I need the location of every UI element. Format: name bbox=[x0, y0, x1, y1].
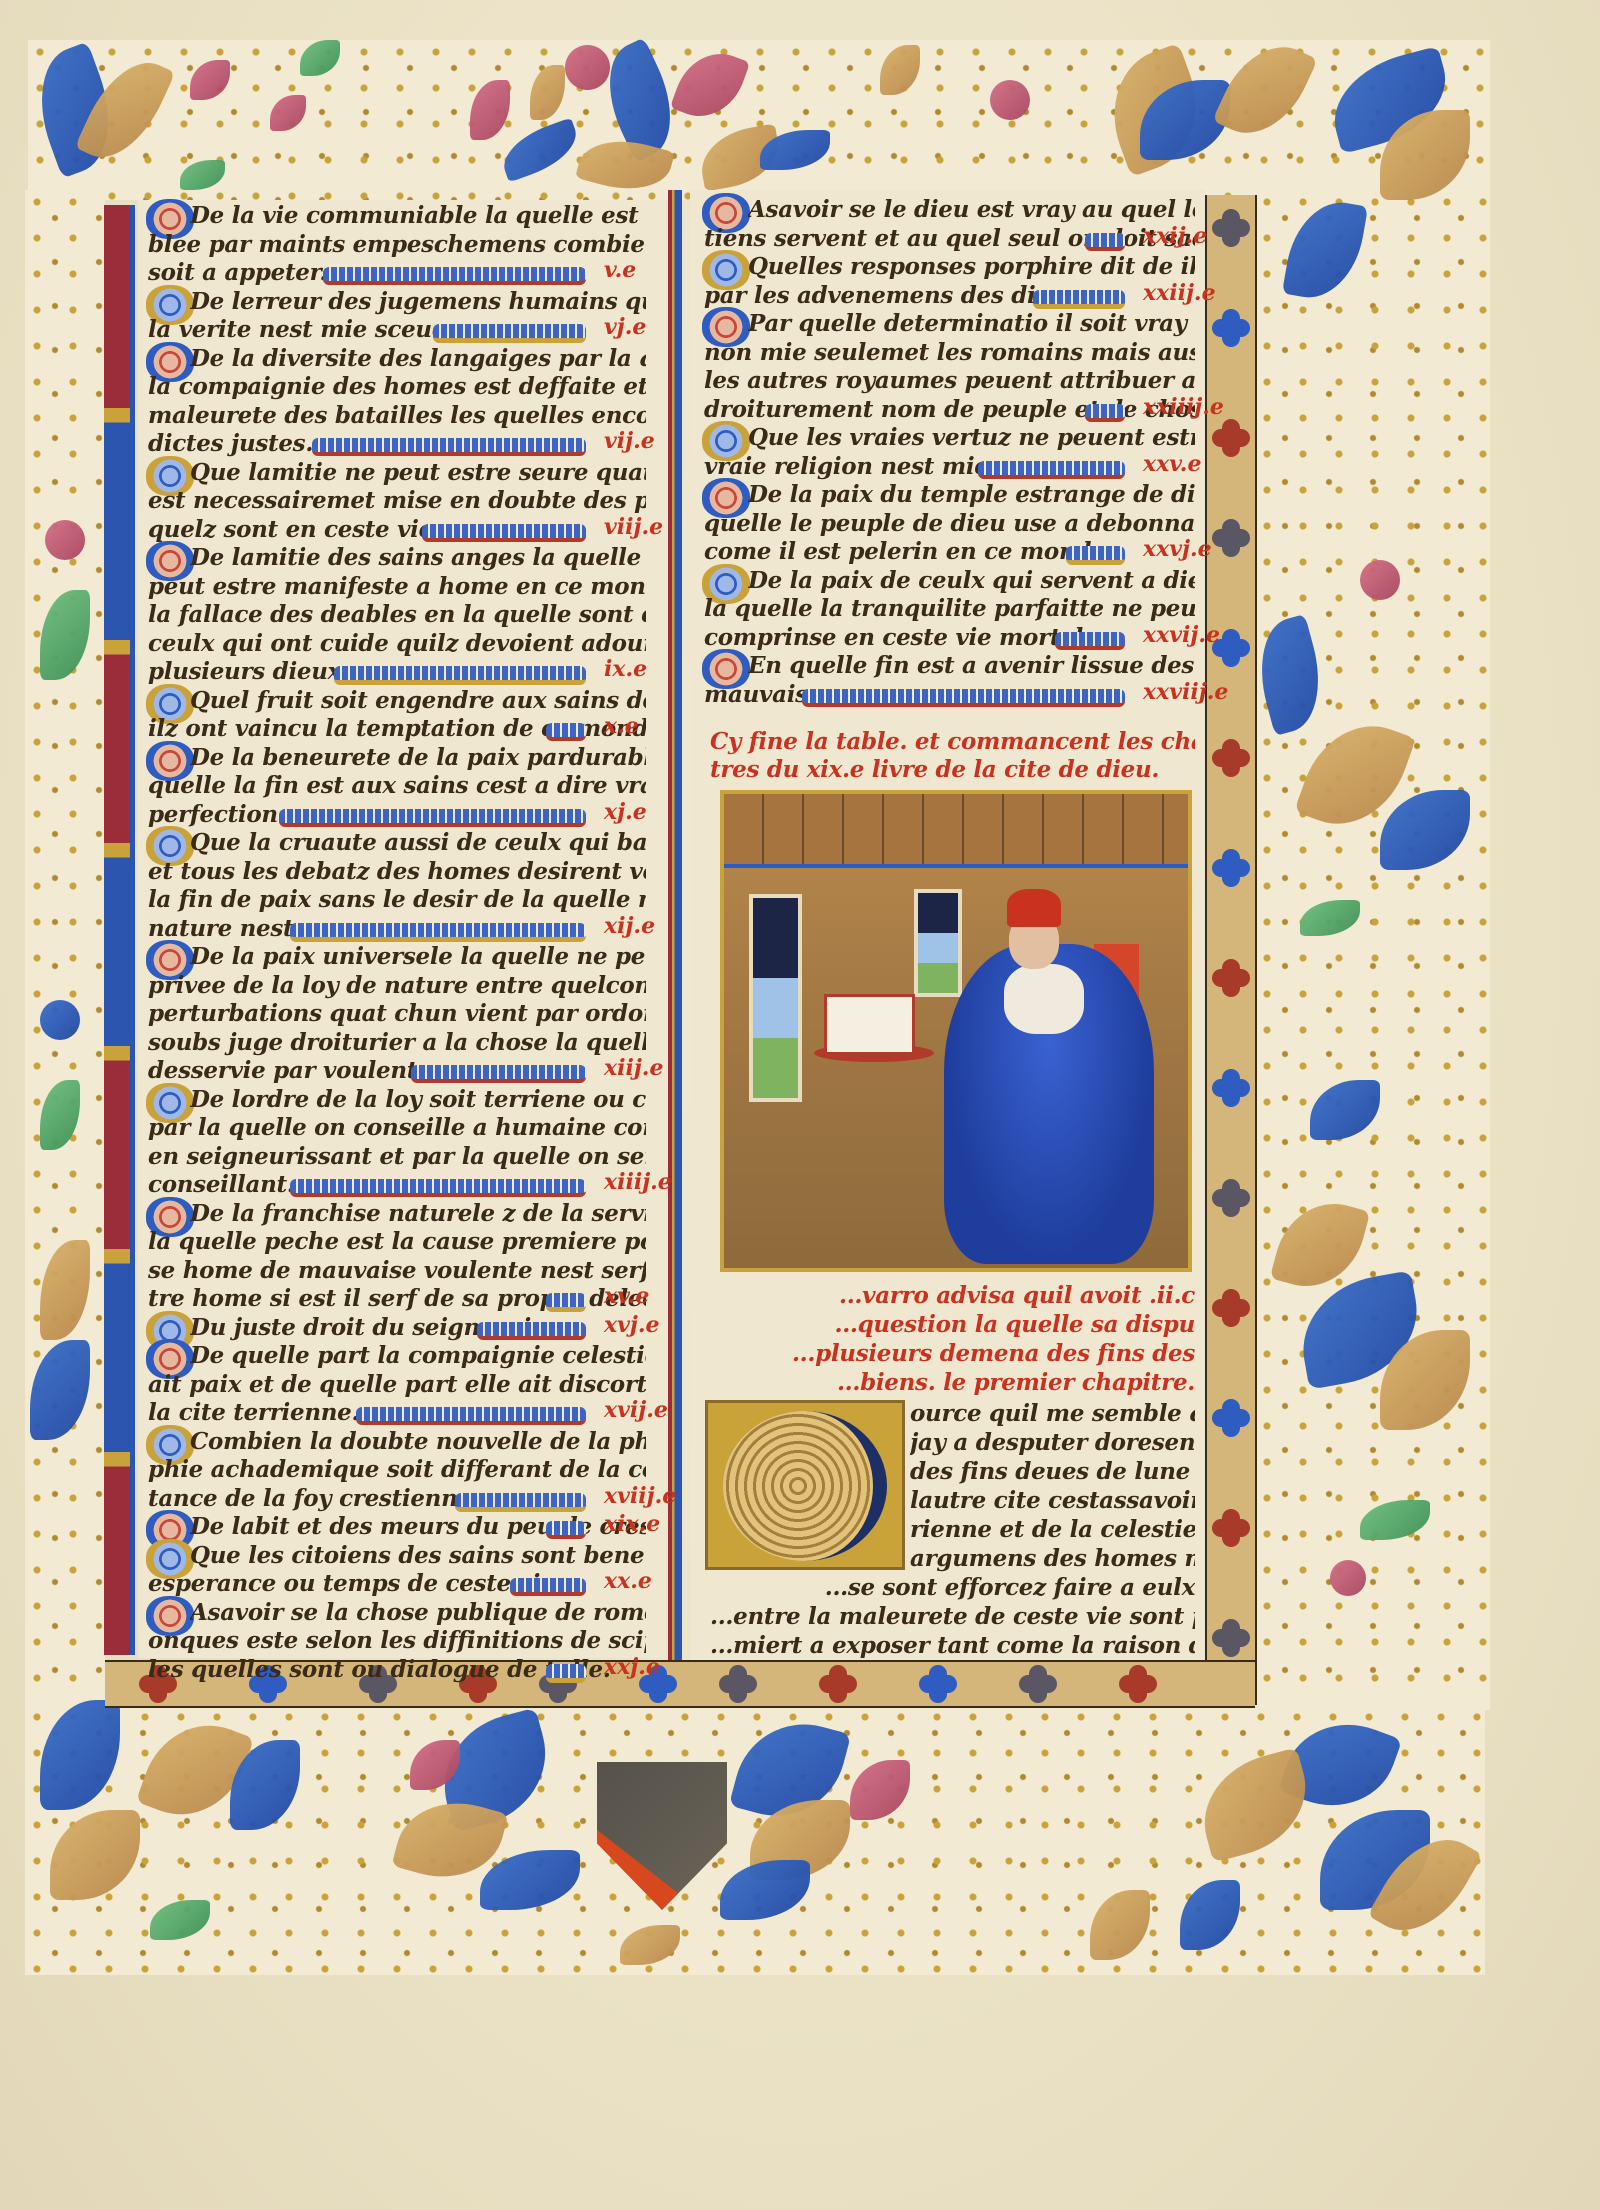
chapter-number: xxv.e bbox=[1143, 451, 1201, 477]
table-entry-line: perturbations quat chun vient par ordonn… bbox=[148, 1000, 646, 1028]
line-filler bbox=[422, 524, 586, 542]
chapter-number: xij.e bbox=[604, 913, 655, 939]
chapter-text-line: argumens des homes mortelz bbox=[910, 1545, 1195, 1573]
table-entry-line: En quelle fin est a avenir lissue des bbox=[748, 652, 1195, 680]
line-filler bbox=[546, 723, 586, 741]
table-end-rubric: Cy fine la table. et commancent les chap… bbox=[710, 728, 1195, 756]
chapter-number: xviij.e bbox=[604, 1483, 676, 1509]
bottom-margin bbox=[0, 1975, 1600, 2210]
chapter-number: xiiij.e bbox=[604, 1169, 672, 1195]
chapter-text-line: des fins deues de lune et de bbox=[910, 1458, 1195, 1486]
right-border bbox=[1255, 190, 1490, 1710]
table-entry-line: De quelle part la compaignie celestienne bbox=[190, 1342, 646, 1370]
chapter-number: xxvij.e bbox=[1143, 622, 1220, 648]
line-filler bbox=[510, 1578, 586, 1596]
line-filler bbox=[334, 666, 586, 685]
miniature-left-window bbox=[749, 894, 802, 1102]
line-filler bbox=[802, 689, 1125, 707]
chapter-number: viij.e bbox=[604, 514, 663, 540]
chapter-text-line: ource quil me semble que bbox=[910, 1400, 1195, 1428]
table-entry-line: De la paix de ceulx qui servent a dieu d… bbox=[748, 567, 1195, 595]
chapter-number: vj.e bbox=[604, 314, 646, 340]
table-entry-line: les autres royaumes peuent attribuer a e… bbox=[704, 367, 1195, 395]
table-entry-line: Combien la doubte nouvelle de la philozo bbox=[190, 1428, 646, 1456]
chapter-heading-rubric: ...question la quelle sa dispu bbox=[710, 1311, 1195, 1339]
line-filler bbox=[1085, 404, 1125, 422]
chapter-text-line: lautre cite cestassavoir de la ter bbox=[910, 1487, 1195, 1515]
line-filler bbox=[312, 438, 586, 456]
line-filler bbox=[290, 923, 586, 942]
chapter-number: xxiiij.e bbox=[1143, 394, 1224, 420]
table-entry-line: Quel fruit soit engendre aux sains de ce… bbox=[190, 687, 646, 715]
table-entry-line: la fin de paix sans le desir de la quell… bbox=[148, 886, 646, 914]
table-entry-line: De la beneurete de la paix pardurable en… bbox=[190, 744, 646, 772]
line-filler bbox=[323, 267, 586, 285]
table-entry-line: ait paix et de quelle part elle ait disc… bbox=[148, 1371, 646, 1399]
table-entry-line: Que les vraies vertuz ne peuent estre la… bbox=[748, 424, 1195, 452]
table-entry-line: phie achademique soit differant de la co… bbox=[148, 1456, 646, 1484]
line-filler bbox=[546, 1664, 586, 1683]
table-entry-line: Que la cruaute aussi de ceulx qui batail… bbox=[190, 829, 646, 857]
miniature-scholar-red-cap bbox=[1007, 889, 1061, 927]
chapter-number: xv.e bbox=[604, 1283, 649, 1309]
chapter-number: xix.e bbox=[604, 1511, 660, 1537]
left-decorative-bar bbox=[104, 205, 135, 1655]
table-entry-line: non mie seulemet les romains mais aussi bbox=[704, 339, 1195, 367]
table-end-rubric: tres du xix.e livre de la cite de dieu. bbox=[710, 756, 1195, 784]
line-filler bbox=[279, 809, 586, 827]
chapter-number: xxvj.e bbox=[1143, 536, 1212, 562]
chapter-number: v.e bbox=[604, 257, 636, 283]
table-entry-line: Asavoir se la chose publique de rome ait bbox=[190, 1599, 646, 1627]
chapter-text-line: jay a desputer doresenavant bbox=[910, 1429, 1195, 1457]
table-entry-line: la fallace des deables en la quelle sont… bbox=[148, 601, 646, 629]
miniature-scholar-in-study bbox=[720, 790, 1192, 1272]
table-entry-line: la compaignie des homes est deffaite et … bbox=[148, 373, 646, 401]
line-filler bbox=[1055, 632, 1125, 650]
chapter-number: ix.e bbox=[604, 656, 647, 682]
chapter-text-line: rienne et de la celestienne les bbox=[910, 1516, 1195, 1544]
table-entry-line: De lamitie des sains anges la quelle ne bbox=[190, 544, 646, 572]
chapter-number: xiij.e bbox=[604, 1055, 663, 1081]
chapter-heading-rubric: ...plusieurs demena des fins des bbox=[710, 1340, 1195, 1368]
table-entry-line: De lordre de la loy soit terriene ou cel… bbox=[190, 1086, 646, 1114]
table-entry-line: blee par maints empeschemens combien que… bbox=[148, 231, 646, 259]
line-filler bbox=[290, 1179, 586, 1197]
chapter-text-line: ...entre la maleurete de ceste vie sont … bbox=[710, 1603, 1195, 1631]
chapter-number: xj.e bbox=[604, 799, 647, 825]
table-entry-line: en seigneurissant et par la quelle on se… bbox=[148, 1143, 646, 1171]
line-filler bbox=[477, 1322, 586, 1340]
table-entry-line: par la quelle on conseille a humaine com… bbox=[148, 1114, 646, 1142]
table-entry-line: De lerreur des jugemens humains quant bbox=[190, 288, 646, 316]
chapter-number: xvij.e bbox=[604, 1397, 668, 1423]
table-entry-line: et tous les debatz des homes desirent ve… bbox=[148, 858, 646, 886]
line-filler bbox=[356, 1407, 586, 1425]
table-entry-line: De la paix du temple estrange de dieu de… bbox=[748, 481, 1195, 509]
table-entry-line: se home de mauvaise voulente nest serf d… bbox=[148, 1257, 646, 1285]
miniature-back-window bbox=[914, 889, 962, 997]
table-entry-line: quelle le peuple de dieu use a debonnair… bbox=[704, 510, 1195, 538]
table-entry-line: ceulx qui ont cuide quilz devoient adour… bbox=[148, 630, 646, 658]
chapter-heading-rubric: ...varro advisa quil avoit .ii.c bbox=[710, 1282, 1195, 1310]
left-border bbox=[25, 190, 105, 1710]
line-filler bbox=[978, 461, 1125, 479]
line-filler bbox=[455, 1493, 586, 1512]
chapter-number: xxij.e bbox=[1143, 223, 1207, 249]
chapter-number: xx.e bbox=[604, 1568, 652, 1594]
table-entry-line: De la franchise naturele z de la servitu… bbox=[190, 1200, 646, 1228]
table-entry-line: la quelle la tranquilite parfaitte ne pe… bbox=[704, 595, 1195, 623]
table-entry-line: onques este selon les diffinitions de sc… bbox=[148, 1627, 646, 1655]
table-entry-line: privee de la loy de nature entre quelcon… bbox=[148, 972, 646, 1000]
line-filler bbox=[1033, 290, 1125, 309]
line-filler bbox=[1066, 546, 1125, 565]
chapter-number: xxviij.e bbox=[1143, 679, 1228, 705]
column-divider-bar bbox=[668, 190, 682, 1660]
chapter-number: xxj.e bbox=[604, 1654, 660, 1680]
right-floral-bar bbox=[1205, 195, 1257, 1705]
chapter-text-line: ...se sont efforcez faire a eulx bbox=[710, 1574, 1195, 1602]
miniature-open-book bbox=[824, 994, 915, 1055]
line-filler bbox=[1085, 233, 1125, 251]
table-entry-line: soubs juge droiturier a la chose la quel… bbox=[148, 1029, 646, 1057]
table-entry-line: De la diversite des langaiges par la que… bbox=[190, 345, 646, 373]
table-entry-line: Quelles responses porphire dit de ihucri… bbox=[748, 253, 1195, 281]
table-entry-line: peut estre manifeste a home en ce monde … bbox=[148, 573, 646, 601]
chapter-heading-rubric: ...biens. le premier chapitre. bbox=[710, 1369, 1195, 1397]
line-filler bbox=[546, 1521, 586, 1539]
table-entry-line: est necessairemet mise en doubte des per… bbox=[148, 487, 646, 515]
line-filler bbox=[546, 1293, 586, 1312]
chapter-number: vij.e bbox=[604, 428, 655, 454]
line-filler bbox=[433, 324, 586, 343]
chapter-number: x.e bbox=[604, 713, 639, 739]
table-entry-line: De la paix universele la quelle ne peut … bbox=[190, 943, 646, 971]
table-entry-line: Que lamitie ne peut estre seure quat ell… bbox=[190, 459, 646, 487]
left-text-column: De la vie communiable la quelle est trou… bbox=[138, 200, 666, 1658]
miniature-ceiling bbox=[724, 794, 1188, 868]
table-entry-line: maleurete des batailles les quelles enco… bbox=[148, 402, 646, 430]
table-entry-line: De la vie communiable la quelle est trou bbox=[190, 202, 646, 230]
chapter-number: xvj.e bbox=[604, 1312, 660, 1338]
table-entry-line: la quelle peche est la cause premiere po… bbox=[148, 1228, 646, 1256]
table-entry-line: quelle la fin est aux sains cest a dire … bbox=[148, 772, 646, 800]
table-entry-line: Par quelle determinatio il soit vray que bbox=[748, 310, 1195, 338]
miniature-scholar-fur bbox=[1004, 964, 1084, 1034]
initial-gold-tracery bbox=[723, 1411, 887, 1561]
table-entry-line: Asavoir se le dieu est vray au quel les … bbox=[748, 196, 1195, 224]
large-initial-p bbox=[705, 1400, 905, 1570]
line-filler bbox=[411, 1065, 586, 1083]
table-entry-line: Que les citoiens des sains sont beneurez… bbox=[190, 1542, 646, 1570]
chapter-text-line: ...miert a exposer tant come la raison d… bbox=[710, 1632, 1195, 1660]
chapter-number: xxiij.e bbox=[1143, 280, 1216, 306]
